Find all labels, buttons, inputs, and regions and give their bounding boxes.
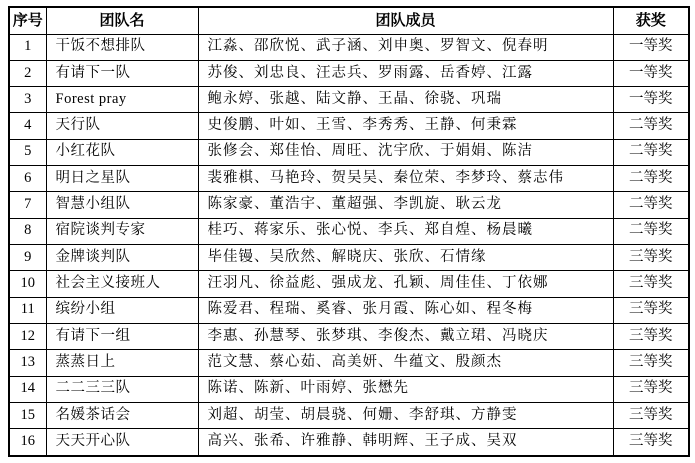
cell-members: 陈爱君、程瑞、奚睿、张月霞、陈心如、程冬梅	[198, 297, 613, 323]
cell-index: 7	[9, 192, 46, 218]
cell-team: 二二三三队	[46, 376, 198, 402]
cell-members: 范文慧、蔡心茹、高美妍、牛蕴文、殷颜杰	[198, 350, 613, 376]
cell-award: 二等奖	[613, 192, 689, 218]
cell-members: 桂巧、蒋家乐、张心悦、李兵、郑自煌、杨晨曦	[198, 218, 613, 244]
cell-members: 裴雅棋、马艳玲、贺吴吴、秦位荣、李梦玲、蔡志伟	[198, 166, 613, 192]
cell-award: 二等奖	[613, 218, 689, 244]
cell-team: 名媛茶话会	[46, 402, 198, 428]
cell-award: 三等奖	[613, 245, 689, 271]
cell-index: 4	[9, 113, 46, 139]
cell-index: 11	[9, 297, 46, 323]
cell-award: 二等奖	[613, 113, 689, 139]
cell-members: 鲍永婷、张越、陆文静、王晶、徐骁、巩瑞	[198, 87, 613, 113]
cell-team: 社会主义接班人	[46, 271, 198, 297]
cell-members: 陈家豪、董浩宇、董超强、李凯旋、耿云龙	[198, 192, 613, 218]
cell-index: 13	[9, 350, 46, 376]
header-award: 获奖	[613, 7, 689, 34]
header-row: 序号 团队名 团队成员 获奖	[9, 7, 689, 34]
cell-award: 三等奖	[613, 297, 689, 323]
cell-team: Forest pray	[46, 87, 198, 113]
table-row: 7智慧小组队陈家豪、董浩宇、董超强、李凯旋、耿云龙二等奖	[9, 192, 689, 218]
cell-index: 1	[9, 34, 46, 60]
table-row: 8宿院谈判专家桂巧、蒋家乐、张心悦、李兵、郑自煌、杨晨曦二等奖	[9, 218, 689, 244]
table-row: 15名媛茶话会刘超、胡莹、胡晨骁、何姗、李舒琪、方静雯三等奖	[9, 402, 689, 428]
cell-team: 宿院谈判专家	[46, 218, 198, 244]
cell-team: 小红花队	[46, 139, 198, 165]
table-row: 11缤纷小组陈爱君、程瑞、奚睿、张月霞、陈心如、程冬梅三等奖	[9, 297, 689, 323]
table-row: 14二二三三队陈诺、陈新、叶雨婷、张懋先三等奖	[9, 376, 689, 402]
cell-award: 二等奖	[613, 139, 689, 165]
table-row: 10社会主义接班人汪羽凡、徐益彪、强成龙、孔颖、周佳佳、丁依娜三等奖	[9, 271, 689, 297]
table-row: 2有请下一队苏俊、刘忠良、汪志兵、罗雨露、岳香婷、江露一等奖	[9, 60, 689, 86]
cell-award: 三等奖	[613, 402, 689, 428]
cell-members: 李惠、孙慧琴、张梦琪、李俊杰、戴立珺、冯晓庆	[198, 323, 613, 349]
table-body: 1干饭不想排队江淼、邵欣悦、武子涵、刘申奥、罗智文、倪春明一等奖2有请下一队苏俊…	[9, 34, 689, 456]
cell-team: 缤纷小组	[46, 297, 198, 323]
cell-members: 苏俊、刘忠良、汪志兵、罗雨露、岳香婷、江露	[198, 60, 613, 86]
cell-award: 三等奖	[613, 350, 689, 376]
cell-index: 5	[9, 139, 46, 165]
cell-team: 蒸蒸日上	[46, 350, 198, 376]
header-team: 团队名	[46, 7, 198, 34]
cell-index: 2	[9, 60, 46, 86]
cell-team: 天行队	[46, 113, 198, 139]
cell-award: 三等奖	[613, 376, 689, 402]
cell-award: 二等奖	[613, 166, 689, 192]
cell-team: 金牌谈判队	[46, 245, 198, 271]
cell-index: 9	[9, 245, 46, 271]
cell-index: 6	[9, 166, 46, 192]
cell-award: 三等奖	[613, 429, 689, 456]
cell-members: 江淼、邵欣悦、武子涵、刘申奥、罗智文、倪春明	[198, 34, 613, 60]
cell-members: 毕佳镘、吴欣然、解晓庆、张欣、石情缘	[198, 245, 613, 271]
header-members: 团队成员	[198, 7, 613, 34]
header-index: 序号	[9, 7, 46, 34]
cell-index: 14	[9, 376, 46, 402]
cell-members: 张修会、郑佳怡、周旺、沈宇欣、于娟娟、陈洁	[198, 139, 613, 165]
cell-team: 天天开心队	[46, 429, 198, 456]
cell-index: 8	[9, 218, 46, 244]
cell-index: 15	[9, 402, 46, 428]
table-row: 6明日之星队裴雅棋、马艳玲、贺吴吴、秦位荣、李梦玲、蔡志伟二等奖	[9, 166, 689, 192]
cell-index: 3	[9, 87, 46, 113]
table-row: 1干饭不想排队江淼、邵欣悦、武子涵、刘申奥、罗智文、倪春明一等奖	[9, 34, 689, 60]
cell-members: 高兴、张希、许雅静、韩明辉、王子成、吴双	[198, 429, 613, 456]
table-row: 16天天开心队高兴、张希、许雅静、韩明辉、王子成、吴双三等奖	[9, 429, 689, 456]
cell-index: 12	[9, 323, 46, 349]
team-award-table: 序号 团队名 团队成员 获奖 1干饭不想排队江淼、邵欣悦、武子涵、刘申奥、罗智文…	[8, 6, 690, 457]
table-row: 13蒸蒸日上范文慧、蔡心茹、高美妍、牛蕴文、殷颜杰三等奖	[9, 350, 689, 376]
cell-members: 汪羽凡、徐益彪、强成龙、孔颖、周佳佳、丁依娜	[198, 271, 613, 297]
table-row: 4天行队史俊鹏、叶如、王雪、李秀秀、王静、何秉霖二等奖	[9, 113, 689, 139]
table-row: 9金牌谈判队毕佳镘、吴欣然、解晓庆、张欣、石情缘三等奖	[9, 245, 689, 271]
table-row: 3Forest pray鲍永婷、张越、陆文静、王晶、徐骁、巩瑞一等奖	[9, 87, 689, 113]
table-header: 序号 团队名 团队成员 获奖	[9, 7, 689, 34]
table-row: 5小红花队张修会、郑佳怡、周旺、沈宇欣、于娟娟、陈洁二等奖	[9, 139, 689, 165]
cell-award: 一等奖	[613, 87, 689, 113]
cell-team: 智慧小组队	[46, 192, 198, 218]
cell-award: 一等奖	[613, 34, 689, 60]
cell-award: 三等奖	[613, 323, 689, 349]
cell-index: 16	[9, 429, 46, 456]
cell-index: 10	[9, 271, 46, 297]
cell-team: 明日之星队	[46, 166, 198, 192]
cell-team: 有请下一组	[46, 323, 198, 349]
document-page: 序号 团队名 团队成员 获奖 1干饭不想排队江淼、邵欣悦、武子涵、刘申奥、罗智文…	[0, 0, 695, 463]
cell-team: 有请下一队	[46, 60, 198, 86]
cell-members: 史俊鹏、叶如、王雪、李秀秀、王静、何秉霖	[198, 113, 613, 139]
cell-award: 三等奖	[613, 271, 689, 297]
table-row: 12有请下一组李惠、孙慧琴、张梦琪、李俊杰、戴立珺、冯晓庆三等奖	[9, 323, 689, 349]
cell-members: 陈诺、陈新、叶雨婷、张懋先	[198, 376, 613, 402]
cell-award: 一等奖	[613, 60, 689, 86]
cell-team: 干饭不想排队	[46, 34, 198, 60]
cell-members: 刘超、胡莹、胡晨骁、何姗、李舒琪、方静雯	[198, 402, 613, 428]
